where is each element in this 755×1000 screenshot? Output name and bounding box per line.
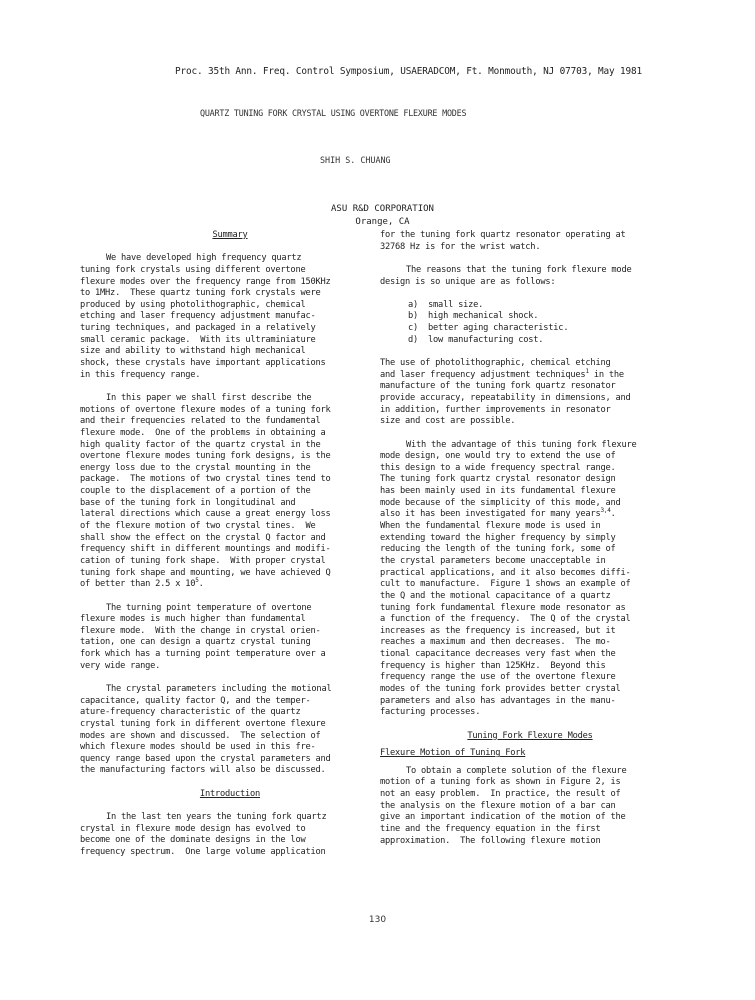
text-line: manufacture of the tuning fork quartz re… [380,381,680,393]
text-line: frequency is higher than 125KHz. Beyond … [380,661,680,673]
affiliation-organization: ASU R&D CORPORATION [10,203,755,216]
page-number: 130 [0,915,755,925]
text-line: tuning fork crystals using different ove… [80,265,380,277]
text-line: practical applications, and it also beco… [380,568,680,580]
text-line: and their frequencies related to the fun… [80,416,380,428]
summary-paragraph-3: The turning point temperature of overton… [80,603,380,673]
summary-paragraph-1: We have developed high frequency quartzt… [80,253,380,381]
text-line: ature-frequency characteristic of the qu… [80,707,380,719]
flexure-motion-paragraph: To obtain a complete solution of the fle… [380,766,680,847]
text-line: shall show the effect on the crystal Q f… [80,533,380,545]
list-item: a) small size. [380,300,680,312]
text-line: tuning fork shape and mounting, we have … [80,568,380,580]
text-line: flexure mode. One of the problems in obt… [80,428,380,440]
text-line: With the advantage of this tuning fork f… [380,440,680,452]
text-line: parameters and also has advantages in th… [380,696,680,708]
text-line: 32768 Hz is for the wrist watch. [380,242,680,254]
text-line: size and cost are possible. [380,416,680,428]
text-line: modes of the tuning fork provides better… [380,684,680,696]
text-line: provide accuracy, repeatability in dimen… [380,393,680,405]
text-line: The tuning fork quartz crystal resonator… [380,474,680,486]
text-line: tional capacitance decreases very fast w… [380,649,680,661]
text-line: for the tuning fork quartz resonator ope… [380,230,680,242]
text-line: has been mainly used in its fundamental … [380,486,680,498]
text-line: flexure modes is much higher than fundam… [80,614,380,626]
text-line: turing techniques, and packaged in a rel… [80,323,380,335]
intro-continuation: for the tuning fork quartz resonator ope… [380,230,680,253]
affiliation-location: Orange, CA [10,216,755,229]
affiliation: ASU R&D CORPORATION Orange, CA [0,203,755,229]
text-line: lateral directions which cause a great e… [80,509,380,521]
text-line: in this frequency range. [80,370,380,382]
introduction-paragraph-1: In the last ten years the tuning fork qu… [80,812,380,859]
text-line: this design to a wide frequency spectral… [380,463,680,475]
text-line: When the fundamental flexure mode is use… [380,521,680,533]
text-line: cation of tuning fork shape. With proper… [80,556,380,568]
text-line: tuning fork fundamental flexure mode res… [380,603,680,615]
text-line: flexure modes over the frequency range f… [80,277,380,289]
text-line: in addition, further improvements in res… [380,405,680,417]
text-line: motions of overtone flexure modes of a t… [80,405,380,417]
text-line: energy loss due to the crystal mounting … [80,463,380,475]
text-line: We have developed high frequency quartz [80,253,380,265]
text-line: crystal in flexure mode design has evolv… [80,824,380,836]
text-line: The turning point temperature of overton… [80,603,380,615]
paper-title: QUARTZ TUNING FORK CRYSTAL USING OVERTON… [200,108,466,118]
right-column: for the tuning fork quartz resonator ope… [380,230,680,847]
text-line: the Q and the motional capacitance of a … [380,591,680,603]
text-line: base of the tuning fork in longitudinal … [80,498,380,510]
photolitho-paragraph-rest: manufacture of the tuning fork quartz re… [380,381,680,428]
text-line: In this paper we shall first describe th… [80,393,380,405]
text-line: The crystal parameters including the mot… [80,684,380,696]
list-item: b) high mechanical shock. [380,311,680,323]
text-line: produced by using photolithographic, che… [80,300,380,312]
text-line: not an easy problem. In practice, the re… [380,789,680,801]
text-line: approximation. The following flexure mot… [380,836,680,848]
text-line: size and ability to withstand high mecha… [80,346,380,358]
author-name: SHIH S. CHUANG [320,155,391,165]
text-line: mode design, one would try to extend the… [380,451,680,463]
text-line: a function of the frequency. The Q of th… [380,614,680,626]
text-line: The reasons that the tuning fork flexure… [380,265,680,277]
text-line: extending toward the higher frequency by… [380,533,680,545]
text-line: overtone flexure modes tuning fork desig… [80,451,380,463]
citation-line: also it has been investigated for many y… [380,509,680,521]
text-line: cult to manufacture. Figure 1 shows an e… [380,579,680,591]
text-line: tine and the frequency equation in the f… [380,824,680,836]
text-line: frequency spectrum. One large volume app… [80,847,380,859]
text-line: which flexure modes should be used in th… [80,742,380,754]
text-line: the manufacturing factors will also be d… [80,765,380,777]
text-line: very wide range. [80,661,380,673]
text-line: of the flexure motion of two crystal tin… [80,521,380,533]
text-line: motion of a tuning fork as shown in Figu… [380,777,680,789]
text-line: couple to the displacement of a portion … [80,486,380,498]
text-line: shock, these crystals have important app… [80,358,380,370]
introduction-heading: Introduction [80,789,380,801]
text-line: quency range based upon the crystal para… [80,754,380,766]
text-line: reducing the length of the tuning fork, … [380,544,680,556]
reasons-list: a) small size.b) high mechanical shock.c… [380,300,680,347]
summary-paragraph-2: In this paper we shall first describe th… [80,393,380,579]
text-line: In the last ten years the tuning fork qu… [80,812,380,824]
text-line: facturing processes. [380,707,680,719]
text-line: To obtain a complete solution of the fle… [380,766,680,778]
subsection-heading: Flexure Motion of Tuning Fork [380,748,680,760]
text-line: become one of the dominate designs in th… [80,835,380,847]
summary-heading: Summary [80,230,380,242]
text-line: etching and laser frequency adjustment m… [80,311,380,323]
text-line: give an important indication of the moti… [380,812,680,824]
summary-q-line: of better than 2.5 x 105. [80,579,380,591]
text-line: crystal tuning fork in different overton… [80,719,380,731]
text-line: to 1MHz. These quartz tuning fork crysta… [80,288,380,300]
advantage-paragraph-a: With the advantage of this tuning fork f… [380,440,680,510]
text-line: small ceramic package. With its ultramin… [80,335,380,347]
text-line: mode because of the simplicity of this m… [380,498,680,510]
text-line: increases as the frequency is increased,… [380,626,680,638]
text-line: capacitance, quality factor Q, and the t… [80,696,380,708]
text-line: flexure mode. With the change in crystal… [80,626,380,638]
list-item: d) low manufacturing cost. [380,335,680,347]
section-heading: Tuning Fork Flexure Modes [380,731,680,743]
summary-paragraph-4: The crystal parameters including the mot… [80,684,380,777]
list-item: c) better aging characteristic. [380,323,680,335]
text-line: frequency range the use of the overtone … [380,672,680,684]
left-column: Summary We have developed high frequency… [80,230,380,859]
text-line: high quality factor of the quartz crysta… [80,440,380,452]
text-line: the crystal parameters become unacceptab… [380,556,680,568]
text-line: design is so unique are as follows: [380,277,680,289]
text-line: frequency shift in different mountings a… [80,544,380,556]
text-line: package. The motions of two crystal tine… [80,474,380,486]
reasons-intro-paragraph: The reasons that the tuning fork flexure… [380,265,680,288]
text-line: tation, one can design a quartz crystal … [80,637,380,649]
photolitho-line-2: and laser frequency adjustment technique… [380,370,680,382]
photolitho-line-1: The use of photolithographic, chemical e… [380,358,680,370]
advantage-paragraph-b: When the fundamental flexure mode is use… [380,521,680,719]
text-line: reaches a maximum and then decreases. Th… [380,637,680,649]
running-header: Proc. 35th Ann. Freq. Control Symposium,… [175,66,735,77]
text-line: the analysis on the flexure motion of a … [380,801,680,813]
text-line: modes are shown and discussed. The selec… [80,731,380,743]
text-line: fork which has a turning point temperatu… [80,649,380,661]
